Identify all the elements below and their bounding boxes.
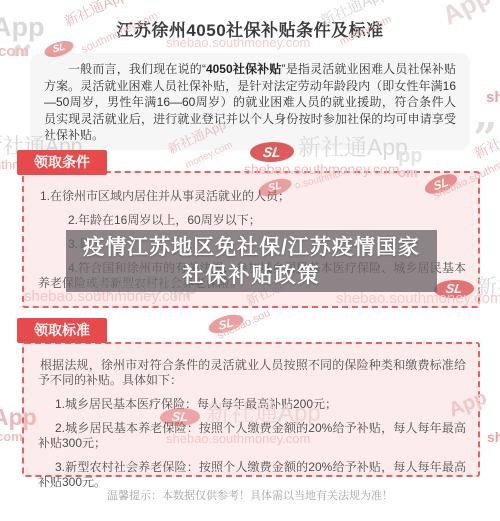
footer-tip: 温馨提示：本数据仅供参考！具体需以当地有关法规为准！ [0,487,500,503]
intro-text-prefix: 一般而言，我们现在说的“ [68,62,206,76]
intro-card: 一般而言，我们现在说的“4050社保补贴”是指灵活就业困难人员社保补贴方案。灵活… [30,53,470,150]
headline-line-1: 疫情江苏地区免社保/江苏疫情国家 [66,234,437,262]
headline-line-2: 社保补贴政策 [66,262,437,289]
infographic-page: 江苏徐州4050社保补贴条件及标准 “ 一般而言，我们现在说的“4050社保补贴… [0,0,500,521]
intro-text-bold: 4050社保补贴 [206,62,282,76]
watermark-text: sh [486,90,500,105]
close-quote-decoration: ” [473,118,497,160]
headline-overlay: 疫情江苏地区免社保/江苏疫情国家 社保补贴政策 [66,230,437,292]
watermark-text: com [0,430,23,443]
standard-item-1: 1.城乡居民基本医疗保险：每人每年最高补贴200元； [38,397,466,412]
section-label-conditions: 领取条件 [17,150,107,175]
standards-intro: 根据法规，徐州市对符合条件的灵活就业人员按照不同的保险种类和缴费标准给予不同的补… [38,358,466,388]
intro-paragraph: 一般而言，我们现在说的“4050社保补贴”是指灵活就业困难人员社保补贴方案。灵活… [44,61,456,144]
condition-item-2: 2.年龄在16周岁以上，60周岁以下； [38,213,466,228]
page-title: 江苏徐州4050社保补贴条件及标准 [0,16,500,41]
watermark-text: shebao.sou [216,308,272,342]
watermark-text: sh [487,430,500,444]
section-label-standards: 领取标准 [17,318,107,343]
standard-item-3: 3.新型农村社会养老保险：按照个人缴费金额的20%给予补贴，每人每年最高补贴30… [38,460,466,490]
brand-logo-watermark: SL [208,311,245,336]
standards-panel: 根据法规，徐州市对符合条件的灵活就业人员按照不同的保险种类和缴费标准给予不同的补… [22,342,480,477]
standard-item-2: 2.城乡居民基本养老保险：按照个人缴费金额的20%给予补贴，每人每年最高补贴30… [38,421,466,451]
condition-item-1: 1.在徐州市区域内居住并从事灵活就业的人员； [38,189,466,204]
